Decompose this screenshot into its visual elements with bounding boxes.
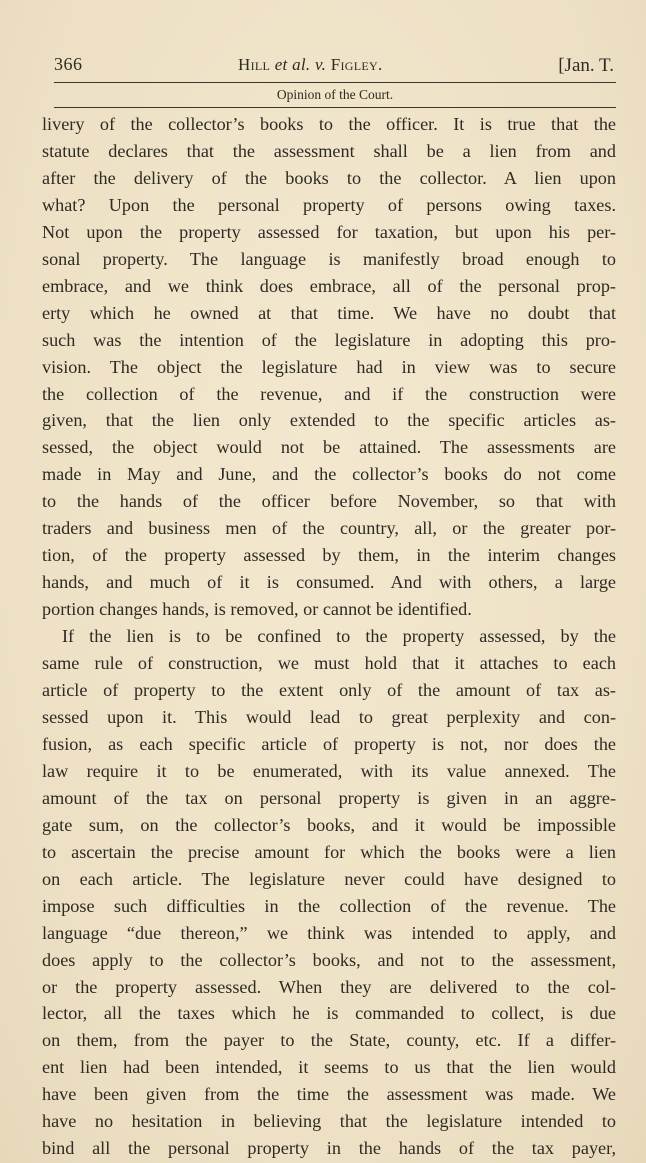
text-line: bind all the personal property in the ha… xyxy=(42,1135,616,1162)
text-line: have been given from the time the assess… xyxy=(42,1081,616,1108)
text-line: law require it to be enumerated, with it… xyxy=(42,758,616,785)
paragraph-1: livery of the collector’s books to the o… xyxy=(42,111,616,623)
opinion-text: livery of the collector’s books to the o… xyxy=(38,111,616,1162)
text-line: sessed, the object would not be attained… xyxy=(42,434,616,461)
case-title-plaintiff: Hill xyxy=(238,55,270,74)
text-line: lector, all the taxes which he is comman… xyxy=(42,1000,616,1027)
case-title-connector: et al. v. xyxy=(270,55,331,74)
text-line: traders and business men of the country,… xyxy=(42,515,616,542)
text-line: does apply to the collector’s books, and… xyxy=(42,947,616,974)
page-number: 366 xyxy=(54,54,83,75)
text-line: vision. The object the legislature had i… xyxy=(42,354,616,381)
text-line: Not upon the property assessed for taxat… xyxy=(42,219,616,246)
text-line: such was the intention of the legislatur… xyxy=(42,327,616,354)
text-line: given, that the lien only extended to th… xyxy=(42,407,616,434)
text-line: on each article. The legislature never c… xyxy=(42,866,616,893)
text-line: language “due thereon,” we think was int… xyxy=(42,920,616,947)
text-line: livery of the collector’s books to the o… xyxy=(42,111,616,138)
text-line: after the delivery of the books to the c… xyxy=(42,165,616,192)
text-line: portion changes hands, is removed, or ca… xyxy=(42,596,616,623)
text-line: or the property assessed. When they are … xyxy=(42,974,616,1001)
term-label: [Jan. T. xyxy=(558,55,614,77)
text-line: hands, and much of it is consumed. And w… xyxy=(42,569,616,596)
text-line: fusion, as each specific article of prop… xyxy=(42,731,616,758)
text-line: tion, of the property assessed by them, … xyxy=(42,542,616,569)
text-line: erty which he owned at that time. We hav… xyxy=(42,300,616,327)
text-line: statute declares that the assessment sha… xyxy=(42,138,616,165)
text-line: on them, from the payer to the State, co… xyxy=(42,1027,616,1054)
paragraph-2: If the lien is to be confined to the pro… xyxy=(42,623,616,1162)
text-line: the collection of the revenue, and if th… xyxy=(42,381,616,408)
text-line: amount of the tax on personal property i… xyxy=(42,785,616,812)
text-line: to the hands of the officer before Novem… xyxy=(42,488,616,515)
section-rule xyxy=(54,107,616,108)
text-line: gate sum, on the collector’s books, and … xyxy=(42,812,616,839)
text-line: made in May and June, and the collector’… xyxy=(42,461,616,488)
text-line: sonal property. The language is manifest… xyxy=(42,246,616,273)
text-line: impose such difficulties in the collecti… xyxy=(42,893,616,920)
text-line: to ascertain the precise amount for whic… xyxy=(42,839,616,866)
book-page: 366 Hill et al. v. Figley. [Jan. T. Opin… xyxy=(38,52,616,1162)
case-title: Hill et al. v. Figley. xyxy=(238,55,383,75)
text-line: same rule of construction, we must hold … xyxy=(42,650,616,677)
text-line: ent lien had been intended, it seems to … xyxy=(42,1054,616,1081)
case-title-defendant: Figley. xyxy=(331,55,383,74)
text-line: embrace, and we think does embrace, all … xyxy=(42,273,616,300)
text-line: article of property to the extent only o… xyxy=(42,677,616,704)
text-line: what? Upon the personal property of pers… xyxy=(42,192,616,219)
text-line: If the lien is to be confined to the pro… xyxy=(42,623,616,650)
text-line: sessed upon it. This would lead to great… xyxy=(42,704,616,731)
section-heading: Opinion of the Court. xyxy=(38,83,616,107)
running-head: 366 Hill et al. v. Figley. [Jan. T. xyxy=(38,52,616,82)
text-line: have no hesitation in believing that the… xyxy=(42,1108,616,1135)
